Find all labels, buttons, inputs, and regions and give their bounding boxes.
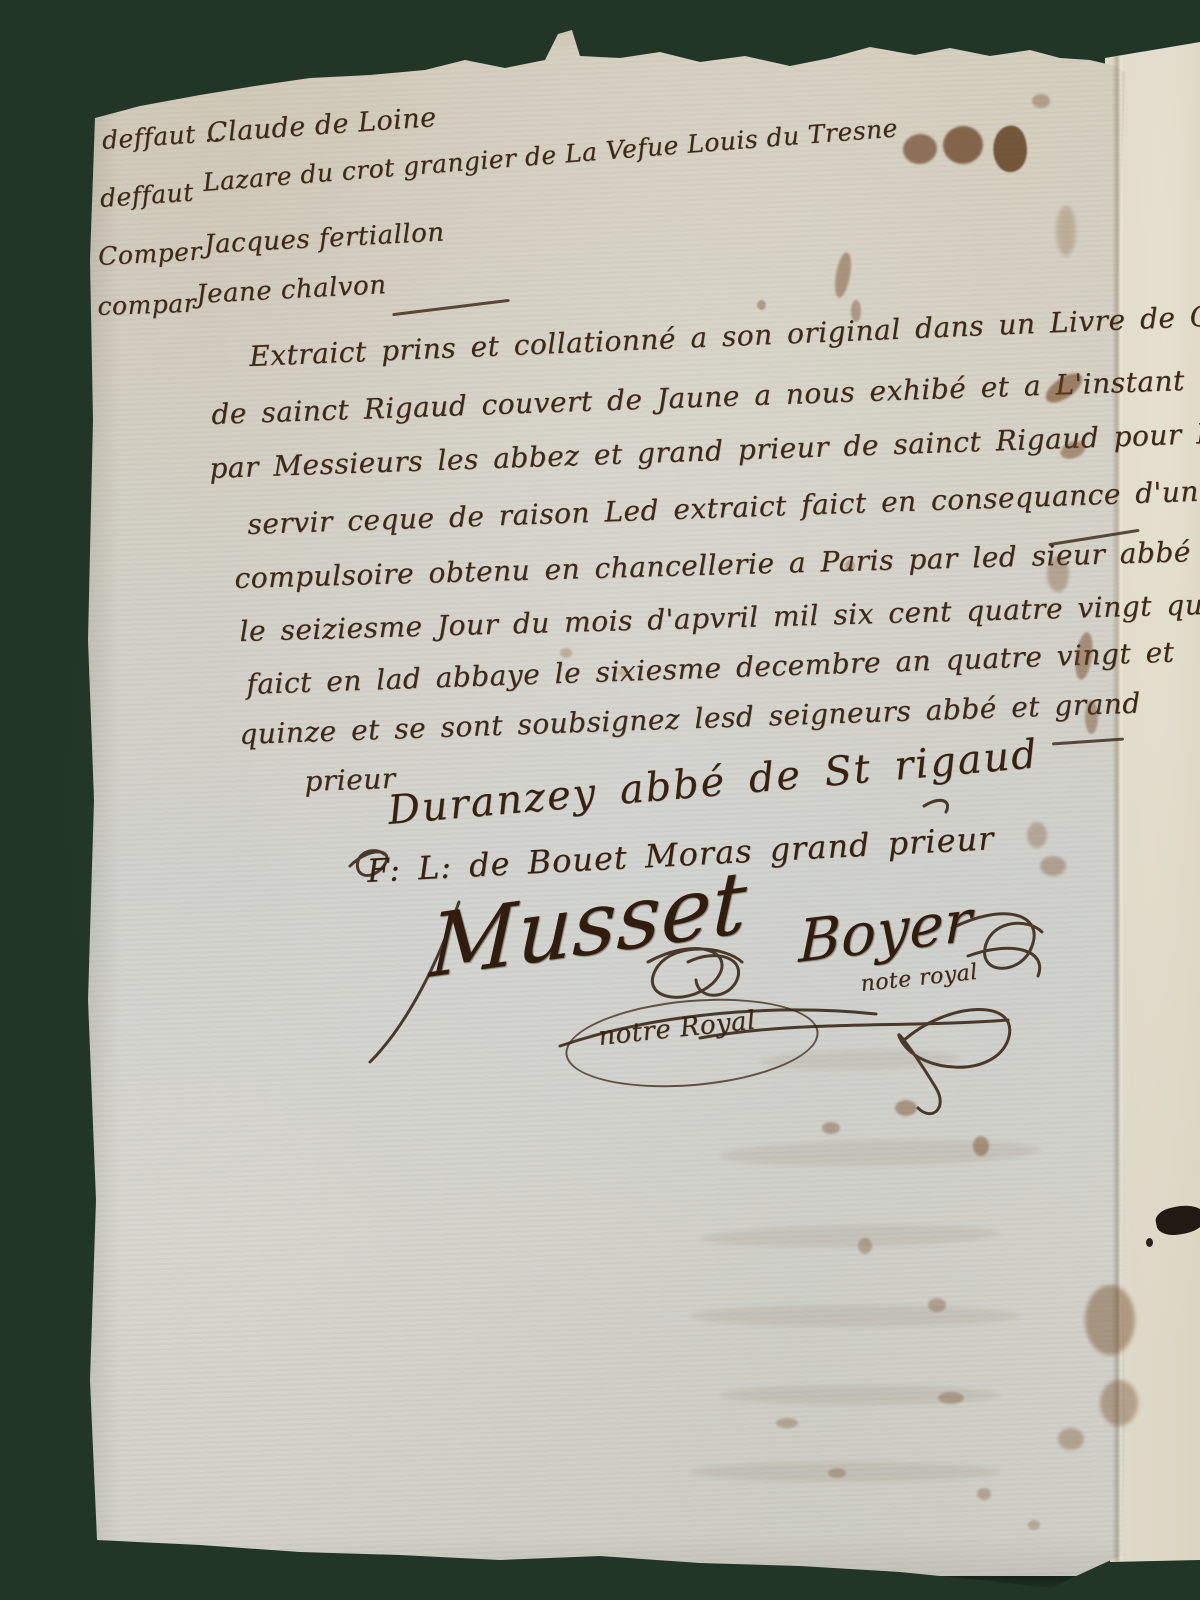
manuscript-photo: deffaut .. Claude de Loine deffaut Lazar…	[0, 0, 1200, 1600]
margin-label: compar	[97, 289, 197, 321]
margin-label: Comper	[97, 237, 202, 271]
ink-blot	[1146, 1238, 1153, 1247]
body-line: prieur	[304, 762, 396, 798]
